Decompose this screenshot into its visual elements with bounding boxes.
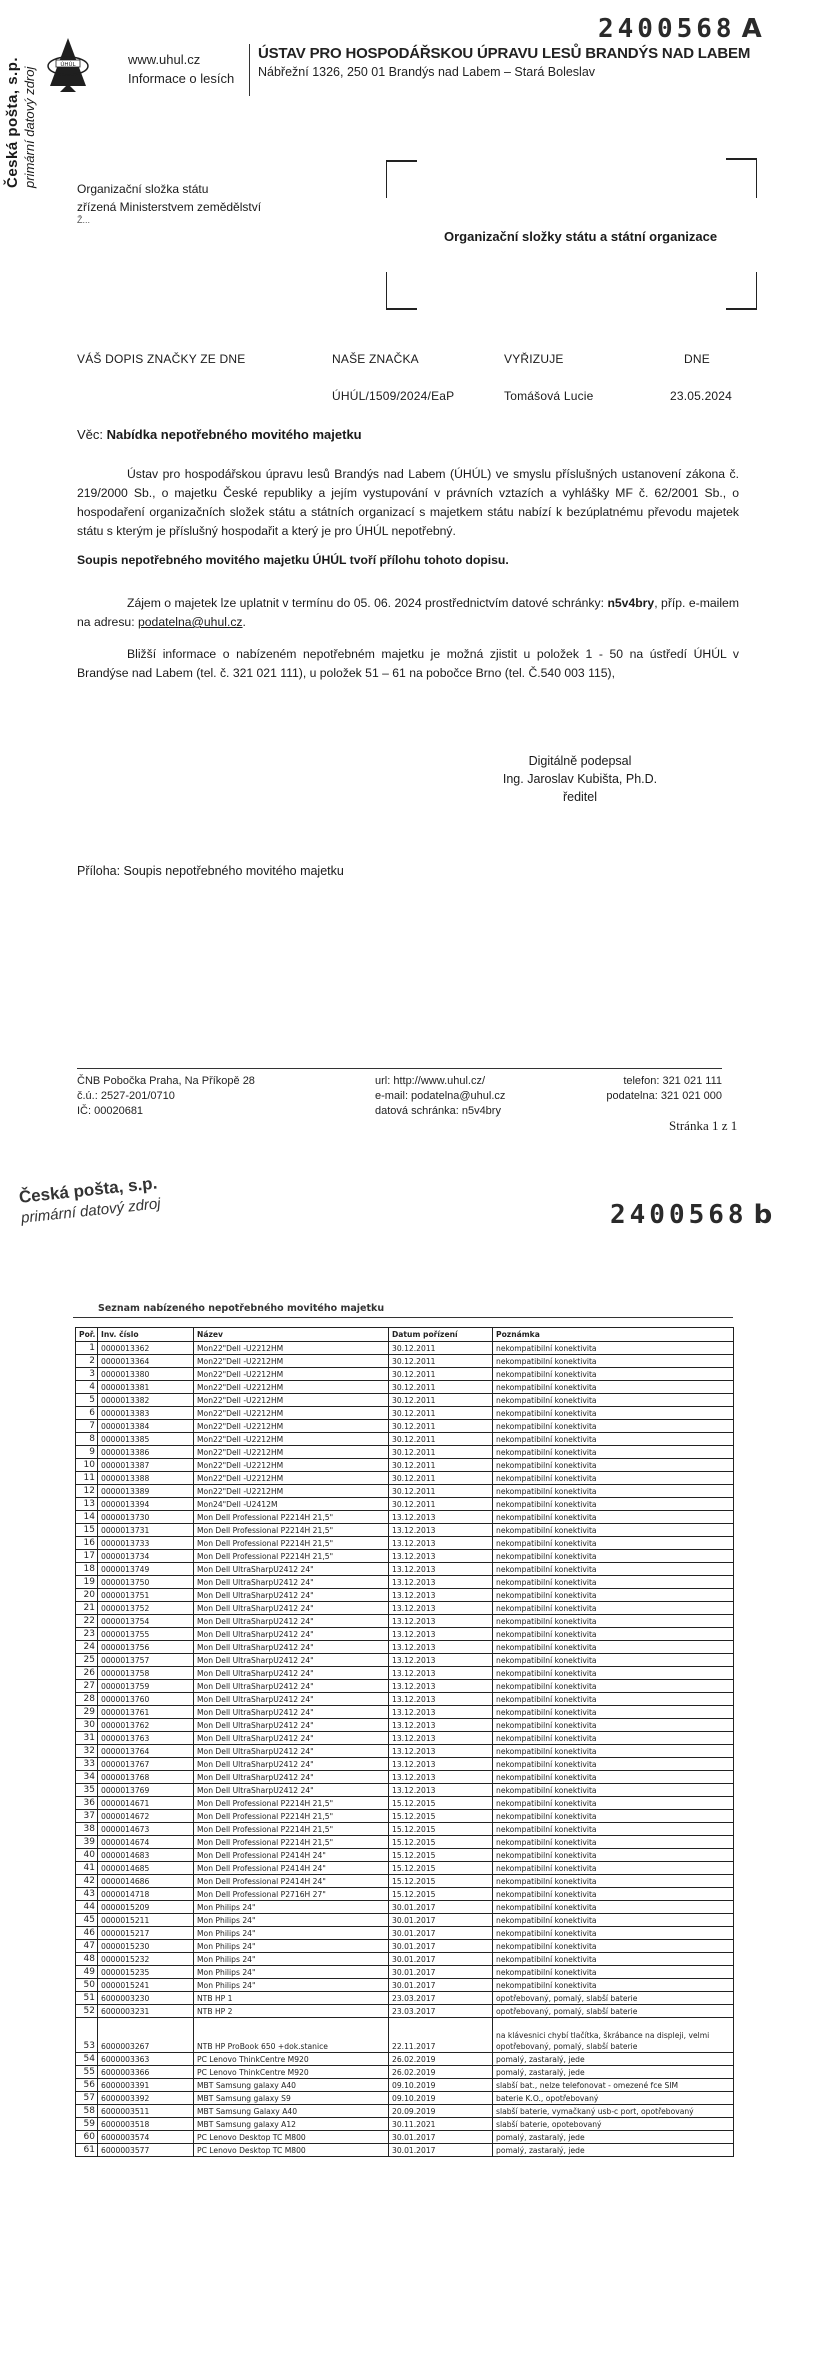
- acquisition-date: 30.12.2011: [389, 1355, 493, 1368]
- row-number: 54: [76, 2053, 98, 2066]
- item-name: MBT Samsung galaxy A12: [194, 2118, 389, 2131]
- acquisition-date: 30.12.2011: [389, 1446, 493, 1459]
- row-number: 35: [76, 1784, 98, 1797]
- uhul-logo-icon: ÚHÚL: [46, 36, 90, 94]
- row-number: 9: [76, 1446, 98, 1459]
- item-name: Mon22"Dell -U2212HM: [194, 1342, 389, 1355]
- inventory-number: 0000013385: [98, 1433, 194, 1446]
- item-name: Mon Dell Professional P2214H 21,5": [194, 1511, 389, 1524]
- note: nekompatibilní konektivita: [493, 1342, 734, 1355]
- row-number: 30: [76, 1719, 98, 1732]
- item-name: Mon Dell UltraSharpU2412 24": [194, 1641, 389, 1654]
- inventory-number: 0000013383: [98, 1407, 194, 1420]
- email-link[interactable]: podatelna@uhul.cz: [138, 615, 243, 629]
- subject-line: Věc: Nabídka nepotřebného movitého majet…: [77, 427, 362, 442]
- row-number: 46: [76, 1927, 98, 1940]
- note: nekompatibilní konektivita: [493, 1940, 734, 1953]
- inventory-number: 0000013384: [98, 1420, 194, 1433]
- note: nekompatibilní konektivita: [493, 1485, 734, 1498]
- acquisition-date: 23.03.2017: [389, 1992, 493, 2005]
- acquisition-date: 13.12.2013: [389, 1589, 493, 1602]
- acquisition-date: 30.01.2017: [389, 1914, 493, 1927]
- item-name: Mon Dell UltraSharpU2412 24": [194, 1680, 389, 1693]
- acquisition-date: 26.02.2019: [389, 2053, 493, 2066]
- document-number: 2400568b: [610, 1200, 776, 1230]
- row-number: 37: [76, 1810, 98, 1823]
- inventory-number: 0000013750: [98, 1576, 194, 1589]
- item-name: Mon22"Dell -U2212HM: [194, 1485, 389, 1498]
- item-name: Mon Dell UltraSharpU2412 24": [194, 1771, 389, 1784]
- item-name: Mon Philips 24": [194, 1966, 389, 1979]
- address-window-corner-tr: [726, 158, 757, 198]
- table-row: 230000013755Mon Dell UltraSharpU2412 24"…: [76, 1628, 734, 1641]
- note: nekompatibilní konektivita: [493, 1355, 734, 1368]
- item-name: Mon Dell UltraSharpU2412 24": [194, 1576, 389, 1589]
- acquisition-date: 30.12.2011: [389, 1485, 493, 1498]
- databox-id: n5v4bry: [607, 596, 654, 610]
- item-name: Mon Philips 24": [194, 1940, 389, 1953]
- acquisition-date: 09.10.2019: [389, 2092, 493, 2105]
- item-name: Mon Philips 24": [194, 1953, 389, 1966]
- acquisition-date: 22.11.2017: [389, 2018, 493, 2053]
- table-row: 30000013380Mon22"Dell -U2212HM30.12.2011…: [76, 1368, 734, 1381]
- row-number: 50: [76, 1979, 98, 1992]
- inventory-number: 0000013763: [98, 1732, 194, 1745]
- signature-line-1: Digitálně podepsal: [480, 752, 680, 770]
- note: baterie K.O., opotřebovaný: [493, 2092, 734, 2105]
- row-number: 25: [76, 1654, 98, 1667]
- inventory-number: 0000013749: [98, 1563, 194, 1576]
- attachment-line: Příloha: Soupis nepotřebného movitého ma…: [77, 864, 344, 878]
- item-name: Mon Dell UltraSharpU2412 24": [194, 1602, 389, 1615]
- table-row: 606000003574PC Lenovo Desktop TC M80030.…: [76, 2131, 734, 2144]
- acquisition-date: 30.12.2011: [389, 1420, 493, 1433]
- row-number: 8: [76, 1433, 98, 1446]
- acquisition-date: 13.12.2013: [389, 1693, 493, 1706]
- page-number: Stránka 1 z 1: [669, 1118, 737, 1134]
- inventory-number: 0000014673: [98, 1823, 194, 1836]
- row-number: 49: [76, 1966, 98, 1979]
- table-row: 110000013388Mon22"Dell -U2212HM30.12.201…: [76, 1472, 734, 1485]
- note: nekompatibilní konektivita: [493, 1628, 734, 1641]
- document-number-suffix: b: [754, 1200, 777, 1230]
- item-name: Mon Dell Professional P2414H 24": [194, 1862, 389, 1875]
- acquisition-date: 15.12.2015: [389, 1810, 493, 1823]
- paragraph-intro: Ústav pro hospodářskou úpravu lesů Brand…: [77, 465, 739, 541]
- signature-title: ředitel: [480, 788, 680, 806]
- note: nekompatibilní konektivita: [493, 1563, 734, 1576]
- note: nekompatibilní konektivita: [493, 1368, 734, 1381]
- acquisition-date: 13.12.2013: [389, 1563, 493, 1576]
- column-header: Poznámka: [493, 1328, 734, 1342]
- acquisition-date: 13.12.2013: [389, 1641, 493, 1654]
- item-name: PC Lenovo ThinkCentre M920: [194, 2053, 389, 2066]
- item-name: Mon Dell UltraSharpU2412 24": [194, 1589, 389, 1602]
- row-number: 7: [76, 1420, 98, 1433]
- table-row: 450000015211Mon Philips 24"30.01.2017nek…: [76, 1914, 734, 1927]
- item-name: Mon Dell Professional P2716H 27": [194, 1888, 389, 1901]
- note: opotřebovaný, pomalý, slabší baterie: [493, 2005, 734, 2018]
- table-row: 586000003511MBT Samsung Galaxy A4020.09.…: [76, 2105, 734, 2118]
- acquisition-date: 30.01.2017: [389, 1953, 493, 1966]
- document-number-suffix: A: [742, 14, 766, 44]
- footer-url[interactable]: url: http://www.uhul.cz/: [375, 1074, 505, 1089]
- inventory-number: 0000013731: [98, 1524, 194, 1537]
- row-number: 16: [76, 1537, 98, 1550]
- row-number: 60: [76, 2131, 98, 2144]
- website-link[interactable]: www.uhul.cz: [128, 50, 234, 69]
- note: nekompatibilní konektivita: [493, 1641, 734, 1654]
- table-row: 430000014718Mon Dell Professional P2716H…: [76, 1888, 734, 1901]
- footer-email[interactable]: e-mail: podatelna@uhul.cz: [375, 1089, 505, 1104]
- paragraph-contacts: Bližší informace o nabízeném nepotřebném…: [77, 645, 739, 683]
- row-number: 59: [76, 2118, 98, 2131]
- note: nekompatibilní konektivita: [493, 1745, 734, 1758]
- column-header: Datum pořízení: [389, 1328, 493, 1342]
- table-row: 480000015232Mon Philips 24"30.01.2017nek…: [76, 1953, 734, 1966]
- acquisition-date: 30.12.2011: [389, 1433, 493, 1446]
- table-row: 526000003231NTB HP 223.03.2017opotřebova…: [76, 2005, 734, 2018]
- table-row: 300000013762Mon Dell UltraSharpU2412 24"…: [76, 1719, 734, 1732]
- inventory-number: 0000013764: [98, 1745, 194, 1758]
- item-name: NTB HP ProBook 650 +dok.stanice: [194, 2018, 389, 2053]
- address-window-corner-br: [726, 272, 757, 310]
- item-name: Mon Dell UltraSharpU2412 24": [194, 1563, 389, 1576]
- signature-name: Ing. Jaroslav Kubišta, Ph.D.: [480, 770, 680, 788]
- note: nekompatibilní konektivita: [493, 1446, 734, 1459]
- table-row: 320000013764Mon Dell UltraSharpU2412 24"…: [76, 1745, 734, 1758]
- inventory-number: 0000014674: [98, 1836, 194, 1849]
- row-number: 38: [76, 1823, 98, 1836]
- inventory-number: 0000013364: [98, 1355, 194, 1368]
- table-row: 556000003366PC Lenovo ThinkCentre M92026…: [76, 2066, 734, 2079]
- acquisition-date: 30.12.2011: [389, 1498, 493, 1511]
- row-number: 15: [76, 1524, 98, 1537]
- inventory-number: 0000014686: [98, 1875, 194, 1888]
- inventory-number: 6000003366: [98, 2066, 194, 2079]
- acquisition-date: 13.12.2013: [389, 1667, 493, 1680]
- inventory-number: 0000014671: [98, 1797, 194, 1810]
- acquisition-date: 30.01.2017: [389, 1927, 493, 1940]
- sender-line-1: Organizační složka státu: [77, 180, 261, 198]
- row-number: 55: [76, 2066, 98, 2079]
- sender-block: Organizační složka státu zřízená Ministe…: [77, 180, 261, 224]
- acquisition-date: 13.12.2013: [389, 1758, 493, 1771]
- item-name: Mon22"Dell -U2212HM: [194, 1394, 389, 1407]
- row-number: 31: [76, 1732, 98, 1745]
- row-number: 10: [76, 1459, 98, 1472]
- acquisition-date: 13.12.2013: [389, 1771, 493, 1784]
- inventory-number: 0000013762: [98, 1719, 194, 1732]
- item-name: Mon Dell UltraSharpU2412 24": [194, 1745, 389, 1758]
- acquisition-date: 13.12.2013: [389, 1628, 493, 1641]
- inventory-number: 6000003392: [98, 2092, 194, 2105]
- note: nekompatibilní konektivita: [493, 1537, 734, 1550]
- organization-name: ÚSTAV PRO HOSPODÁŘSKOU ÚPRAVU LESŮ BRAND…: [258, 45, 750, 62]
- row-number: 13: [76, 1498, 98, 1511]
- note: nekompatibilní konektivita: [493, 1498, 734, 1511]
- subject-text: Nabídka nepotřebného movitého majetku: [107, 427, 362, 442]
- inventory-number: 0000013768: [98, 1771, 194, 1784]
- table-row: 400000014683Mon Dell Professional P2414H…: [76, 1849, 734, 1862]
- acquisition-date: 15.12.2015: [389, 1875, 493, 1888]
- acquisition-date: 13.12.2013: [389, 1680, 493, 1693]
- table-row: 500000015241Mon Philips 24"30.01.2017nek…: [76, 1979, 734, 1992]
- item-name: Mon22"Dell -U2212HM: [194, 1355, 389, 1368]
- inventory-number: 6000003511: [98, 2105, 194, 2118]
- inventory-number: 6000003363: [98, 2053, 194, 2066]
- acquisition-date: 30.12.2011: [389, 1381, 493, 1394]
- item-name: Mon22"Dell -U2212HM: [194, 1407, 389, 1420]
- acquisition-date: 30.01.2017: [389, 1966, 493, 1979]
- note: nekompatibilní konektivita: [493, 1849, 734, 1862]
- acquisition-date: 20.09.2019: [389, 2105, 493, 2118]
- note: nekompatibilní konektivita: [493, 1589, 734, 1602]
- item-name: Mon Philips 24": [194, 1979, 389, 1992]
- note: opotřebovaný, pomalý, slabší baterie: [493, 1992, 734, 2005]
- inventory-number: 0000015235: [98, 1966, 194, 1979]
- inventory-number: 0000013756: [98, 1641, 194, 1654]
- inventory-number: 6000003518: [98, 2118, 194, 2131]
- inventory-number: 0000015230: [98, 1940, 194, 1953]
- note: nekompatibilní konektivita: [493, 1667, 734, 1680]
- acquisition-date: 13.12.2013: [389, 1784, 493, 1797]
- table-row: 200000013751Mon Dell UltraSharpU2412 24"…: [76, 1589, 734, 1602]
- table-row: 596000003518MBT Samsung galaxy A1230.11.…: [76, 2118, 734, 2131]
- inventory-number: 0000013759: [98, 1680, 194, 1693]
- note: nekompatibilní konektivita: [493, 1888, 734, 1901]
- row-number: 22: [76, 1615, 98, 1628]
- item-name: Mon Philips 24": [194, 1914, 389, 1927]
- postal-stamp-vertical: Česká pošta, s.p. primární datový zdroj: [4, 28, 48, 188]
- row-number: 53: [76, 2018, 98, 2053]
- table-row: 50000013382Mon22"Dell -U2212HM30.12.2011…: [76, 1394, 734, 1407]
- row-number: 51: [76, 1992, 98, 2005]
- item-name: Mon Dell Professional P2214H 21,5": [194, 1537, 389, 1550]
- table-row: 220000013754Mon Dell UltraSharpU2412 24"…: [76, 1615, 734, 1628]
- table-row: 616000003577PC Lenovo Desktop TC M80030.…: [76, 2144, 734, 2157]
- value-our-ref: ÚHÚL/1509/2024/EaP: [332, 389, 454, 403]
- row-number: 36: [76, 1797, 98, 1810]
- item-name: Mon22"Dell -U2212HM: [194, 1459, 389, 1472]
- row-number: 39: [76, 1836, 98, 1849]
- note: nekompatibilní konektivita: [493, 1719, 734, 1732]
- inventory-number: 0000013733: [98, 1537, 194, 1550]
- inventory-number: 0000013382: [98, 1394, 194, 1407]
- label-your-letter: VÁŠ DOPIS ZNAČKY ZE DNE: [77, 352, 245, 366]
- inventory-number: 0000014718: [98, 1888, 194, 1901]
- note: nekompatibilní konektivita: [493, 1862, 734, 1875]
- table-row: 470000015230Mon Philips 24"30.01.2017nek…: [76, 1940, 734, 1953]
- note: nekompatibilní konektivita: [493, 1420, 734, 1433]
- paragraph-attachment-note: Soupis nepotřebného movitého majetku ÚHÚ…: [77, 551, 739, 570]
- item-name: MBT Samsung galaxy A40: [194, 2079, 389, 2092]
- note: nekompatibilní konektivita: [493, 1459, 734, 1472]
- note: nekompatibilní konektivita: [493, 1758, 734, 1771]
- row-number: 27: [76, 1680, 98, 1693]
- inventory-number: 0000014683: [98, 1849, 194, 1862]
- inventory-number: 0000013389: [98, 1485, 194, 1498]
- item-name: Mon Dell Professional P2214H 21,5": [194, 1550, 389, 1563]
- inventory-number: 0000013758: [98, 1667, 194, 1680]
- inventory-number: 0000013387: [98, 1459, 194, 1472]
- row-number: 58: [76, 2105, 98, 2118]
- label-date: DNE: [684, 352, 710, 366]
- acquisition-date: 15.12.2015: [389, 1797, 493, 1810]
- organization-heading: ÚSTAV PRO HOSPODÁŘSKOU ÚPRAVU LESŮ BRAND…: [258, 45, 750, 79]
- postal-stamp: Česká pošta, s.p. primární datový zdroj: [18, 1173, 161, 1226]
- inventory-number: 0000013751: [98, 1589, 194, 1602]
- note: pomalý, zastaralý, jede: [493, 2131, 734, 2144]
- acquisition-date: 30.12.2011: [389, 1342, 493, 1355]
- item-name: PC Lenovo Desktop TC M800: [194, 2144, 389, 2157]
- inventory-number: 0000013754: [98, 1615, 194, 1628]
- row-number: 32: [76, 1745, 98, 1758]
- item-name: Mon Dell UltraSharpU2412 24": [194, 1667, 389, 1680]
- acquisition-date: 09.10.2019: [389, 2079, 493, 2092]
- row-number: 43: [76, 1888, 98, 1901]
- item-name: Mon Dell Professional P2214H 21,5": [194, 1810, 389, 1823]
- inventory-number: 0000013757: [98, 1654, 194, 1667]
- note: slabší bat., nelze telefonovat - omezené…: [493, 2079, 734, 2092]
- row-number: 5: [76, 1394, 98, 1407]
- row-number: 40: [76, 1849, 98, 1862]
- row-number: 48: [76, 1953, 98, 1966]
- row-number: 17: [76, 1550, 98, 1563]
- subject-prefix: Věc:: [77, 427, 107, 442]
- inventory-number: 0000013767: [98, 1758, 194, 1771]
- acquisition-date: 26.02.2019: [389, 2066, 493, 2079]
- item-name: PC Lenovo ThinkCentre M920: [194, 2066, 389, 2079]
- acquisition-date: 30.12.2011: [389, 1394, 493, 1407]
- paragraph-deadline: Zájem o majetek lze uplatnit v termínu d…: [77, 594, 739, 632]
- table-row: 210000013752Mon Dell UltraSharpU2412 24"…: [76, 1602, 734, 1615]
- table-row: 190000013750Mon Dell UltraSharpU2412 24"…: [76, 1576, 734, 1589]
- acquisition-date: 15.12.2015: [389, 1849, 493, 1862]
- column-header: Poř. č.: [76, 1328, 98, 1342]
- item-name: Mon Dell Professional P2214H 21,5": [194, 1524, 389, 1537]
- inventory-number: 0000015211: [98, 1914, 194, 1927]
- row-number: 33: [76, 1758, 98, 1771]
- value-handled-by: Tomášová Lucie: [504, 389, 594, 403]
- recipient: Organizační složky státu a státní organi…: [444, 229, 717, 244]
- column-header: Inv. číslo: [98, 1328, 194, 1342]
- inventory-number: 0000013394: [98, 1498, 194, 1511]
- column-header: Název: [194, 1328, 389, 1342]
- label-handled-by: VYŘIZUJE: [504, 352, 564, 366]
- note: pomalý, zastaralý, jede: [493, 2066, 734, 2079]
- note: nekompatibilní konektivita: [493, 1524, 734, 1537]
- inventory-number: 0000013769: [98, 1784, 194, 1797]
- acquisition-date: 30.12.2011: [389, 1368, 493, 1381]
- note: nekompatibilní konektivita: [493, 1784, 734, 1797]
- table-row: 130000013394Mon24"Dell -U2412M30.12.2011…: [76, 1498, 734, 1511]
- item-name: Mon Dell Professional P2214H 21,5": [194, 1797, 389, 1810]
- inventory-number: 0000014672: [98, 1810, 194, 1823]
- item-name: Mon Dell UltraSharpU2412 24": [194, 1784, 389, 1797]
- note: nekompatibilní konektivita: [493, 1511, 734, 1524]
- note: nekompatibilní konektivita: [493, 1927, 734, 1940]
- row-number: 6: [76, 1407, 98, 1420]
- table-row: 490000015235Mon Philips 24"30.01.2017nek…: [76, 1966, 734, 1979]
- row-number: 57: [76, 2092, 98, 2105]
- note: nekompatibilní konektivita: [493, 1979, 734, 1992]
- row-number: 47: [76, 1940, 98, 1953]
- row-number: 19: [76, 1576, 98, 1589]
- footer-bank: ČNB Pobočka Praha, Na Příkopě 28 č.ú.: 2…: [77, 1074, 255, 1119]
- table-row: 310000013763Mon Dell UltraSharpU2412 24"…: [76, 1732, 734, 1745]
- table-row: 460000015217Mon Philips 24"30.01.2017nek…: [76, 1927, 734, 1940]
- note: nekompatibilní konektivita: [493, 1875, 734, 1888]
- acquisition-date: 30.01.2017: [389, 2144, 493, 2157]
- item-name: Mon22"Dell -U2212HM: [194, 1420, 389, 1433]
- inventory-number: 6000003574: [98, 2131, 194, 2144]
- note: nekompatibilní konektivita: [493, 1576, 734, 1589]
- row-number: 61: [76, 2144, 98, 2157]
- acquisition-date: 15.12.2015: [389, 1862, 493, 1875]
- acquisition-date: 15.12.2015: [389, 1836, 493, 1849]
- acquisition-date: 13.12.2013: [389, 1602, 493, 1615]
- item-name: Mon24"Dell -U2412M: [194, 1498, 389, 1511]
- item-name: Mon22"Dell -U2212HM: [194, 1381, 389, 1394]
- footer-divider: [77, 1068, 722, 1069]
- table-row: 290000013761Mon Dell UltraSharpU2412 24"…: [76, 1706, 734, 1719]
- acquisition-date: 15.12.2015: [389, 1823, 493, 1836]
- item-name: Mon22"Dell -U2212HM: [194, 1368, 389, 1381]
- item-name: Mon Dell Professional P2414H 24": [194, 1849, 389, 1862]
- note: slabší baterie, vymačkaný usb-c port, op…: [493, 2105, 734, 2118]
- item-name: Mon Philips 24": [194, 1901, 389, 1914]
- note: nekompatibilní konektivita: [493, 1836, 734, 1849]
- acquisition-date: 30.01.2017: [389, 1979, 493, 1992]
- inventory-number: 0000013760: [98, 1693, 194, 1706]
- table-row: 40000013381Mon22"Dell -U2212HM30.12.2011…: [76, 1381, 734, 1394]
- table-row: 60000013383Mon22"Dell -U2212HM30.12.2011…: [76, 1407, 734, 1420]
- note: nekompatibilní konektivita: [493, 1823, 734, 1836]
- property-table: Poř. č.Inv. čísloNázevDatum pořízeníPozn…: [75, 1327, 734, 2157]
- item-name: Mon22"Dell -U2212HM: [194, 1446, 389, 1459]
- acquisition-date: 13.12.2013: [389, 1511, 493, 1524]
- item-name: Mon Dell UltraSharpU2412 24": [194, 1758, 389, 1771]
- note: nekompatibilní konektivita: [493, 1433, 734, 1446]
- footer-contacts: url: http://www.uhul.cz/ e-mail: podatel…: [375, 1074, 505, 1119]
- item-name: PC Lenovo Desktop TC M800: [194, 2131, 389, 2144]
- signature-block: Digitálně podepsal Ing. Jaroslav Kubišta…: [480, 752, 680, 806]
- note: nekompatibilní konektivita: [493, 1615, 734, 1628]
- table-row: 80000013385Mon22"Dell -U2212HM30.12.2011…: [76, 1433, 734, 1446]
- note: nekompatibilní konektivita: [493, 1901, 734, 1914]
- inventory-number: 0000013734: [98, 1550, 194, 1563]
- organization-address: Nábřežní 1326, 250 01 Brandýs nad Labem …: [258, 65, 750, 79]
- row-number: 28: [76, 1693, 98, 1706]
- inventory-number: 0000015209: [98, 1901, 194, 1914]
- item-name: NTB HP 1: [194, 1992, 389, 2005]
- table-row: 390000014674Mon Dell Professional P2214H…: [76, 1836, 734, 1849]
- acquisition-date: 13.12.2013: [389, 1732, 493, 1745]
- table-row: 70000013384Mon22"Dell -U2212HM30.12.2011…: [76, 1420, 734, 1433]
- stamp-line-1: Česká pošta, s.p.: [4, 57, 22, 188]
- value-date: 23.05.2024: [670, 389, 732, 403]
- note: na klávesnici chybí tlačítka, škrábance …: [493, 2018, 734, 2053]
- acquisition-date: 13.12.2013: [389, 1745, 493, 1758]
- table-row: 10000013362Mon22"Dell -U2212HM30.12.2011…: [76, 1342, 734, 1355]
- row-number: 18: [76, 1563, 98, 1576]
- inventory-number: 0000013730: [98, 1511, 194, 1524]
- row-number: 52: [76, 2005, 98, 2018]
- table-row: 270000013759Mon Dell UltraSharpU2412 24"…: [76, 1680, 734, 1693]
- acquisition-date: 13.12.2013: [389, 1576, 493, 1589]
- acquisition-date: 30.01.2017: [389, 1901, 493, 1914]
